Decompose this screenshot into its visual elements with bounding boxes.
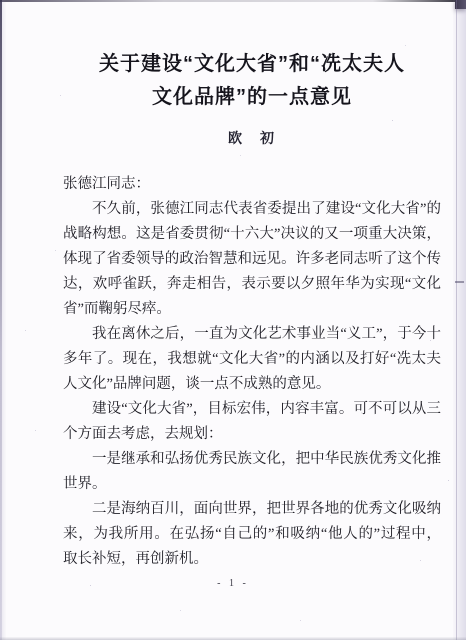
document-title: 关于建设“文化大省”和“冼太夫人 文化品牌”的一点意见: [63, 48, 441, 114]
body-line: 张德江同志：: [63, 172, 441, 197]
body-line: 取长补短，再创新机。: [63, 547, 441, 572]
page-number: - 1 -: [0, 578, 466, 589]
body-line: 来，为我所用。在弘扬“自己的”和吸纳“他人的”过程中，: [63, 522, 441, 547]
body-line: 建设“文化大省”，目标宏伟，内容丰富。可不可以从三: [63, 397, 441, 422]
body-line: 多年了。现在，我想就“文化大省”的内涵以及打好“冼太夫: [63, 347, 441, 372]
scanned-document-page: 关于建设“文化大省”和“冼太夫人 文化品牌”的一点意见 欧 初 张德江同志： 不…: [0, 0, 466, 640]
scan-edge-left-line: [0, 0, 2, 640]
body-line: 我在离休之后，一直为文化艺术事业当“义工”，于今十: [63, 322, 441, 347]
body-line: 个方面去考虑，去规划：: [63, 422, 441, 447]
scan-edge-top: [0, 0, 466, 2]
document-content: 关于建设“文化大省”和“冼太夫人 文化品牌”的一点意见 欧 初 张德江同志： 不…: [63, 48, 441, 572]
body-line: 不久前，张德江同志代表省委提出了建设“文化大省”的: [63, 197, 441, 222]
body-line: 达，欢呼雀跃，奔走相告，表示要以夕照年华为实现“文化大: [63, 272, 441, 297]
scan-edge-right-tick: [455, 281, 464, 283]
body-line: 战略构想。这是省委贯彻“十六大”决议的又一项重大决策，: [63, 222, 441, 247]
scan-edge-right-band: [453, 0, 466, 640]
author-name: 欧 初: [63, 128, 441, 148]
title-line-1: 关于建设“文化大省”和“冼太夫人: [63, 48, 441, 81]
body-line: 世界。: [63, 472, 441, 497]
title-line-2: 文化品牌”的一点意见: [63, 81, 441, 114]
body-line: 体现了省委领导的政治智慧和远见。许多老同志听了这个传: [63, 247, 441, 272]
document-body: 张德江同志： 不久前，张德江同志代表省委提出了建设“文化大省”的 战略构想。这是…: [63, 172, 441, 572]
scan-edge-right-line: [456, 0, 457, 640]
body-line: 一是继承和弘扬优秀民族文化，把中华民族优秀文化推向: [63, 447, 441, 472]
body-line: 二是海纳百川，面向世界，把世界各地的优秀文化吸纳过: [63, 497, 441, 522]
body-line: 人文化”品牌问题，谈一点不成熟的意见。: [63, 372, 441, 397]
body-line: 省”而鞠躬尽瘁。: [63, 297, 441, 322]
